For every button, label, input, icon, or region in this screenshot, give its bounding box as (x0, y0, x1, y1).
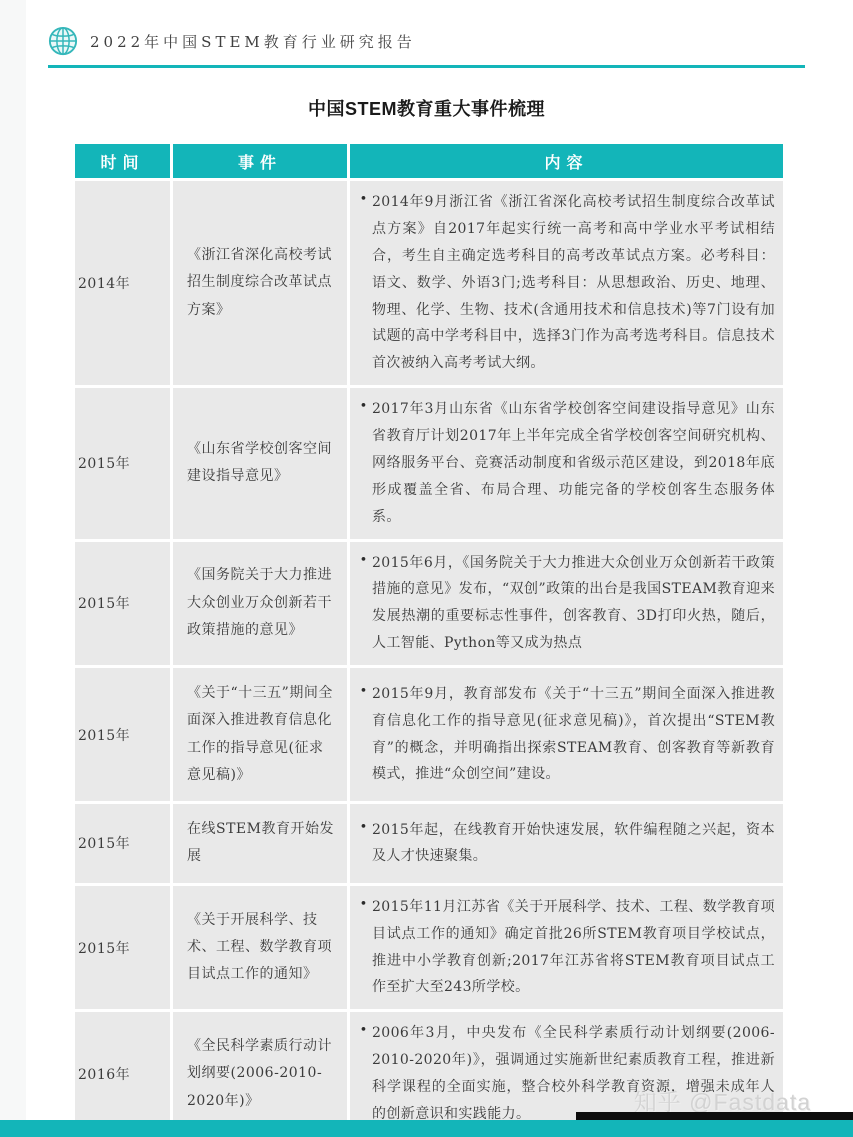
bullet-icon: • (355, 681, 372, 789)
year-cell: 2015年 (75, 542, 170, 666)
report-header: 2022年中国STEM教育行业研究报告 (48, 26, 805, 56)
column-header-time: 时间 (75, 144, 170, 178)
content-cell: • 2017年3月山东省《山东省学校创客空间建设指导意见》山东省教育厅计划201… (350, 388, 783, 538)
table-header-row: 时间 事件 内容 (75, 144, 783, 178)
table-row: 2015年 《关于开展科学、技术、工程、数学教育项目试点工作的通知》 • 201… (75, 886, 783, 1010)
year-cell: 2015年 (75, 886, 170, 1010)
column-header-content: 内容 (350, 144, 783, 178)
header-divider (48, 65, 805, 68)
bullet-icon: • (355, 189, 372, 377)
event-cell: 《关于开展科学、技术、工程、数学教育项目试点工作的通知》 (173, 886, 347, 1010)
table-row: 2015年 《山东省学校创客空间建设指导意见》 • 2017年3月山东省《山东省… (75, 388, 783, 538)
content-text: 2014年9月浙江省《浙江省深化高校考试招生制度综合改革试点方案》自2017年起… (372, 189, 775, 377)
event-cell: 在线STEM教育开始发展 (173, 804, 347, 883)
table-row: 2015年 在线STEM教育开始发展 • 2015年起，在线教育开始快速发展，软… (75, 804, 783, 883)
bullet-icon: • (355, 894, 372, 1002)
table-row: 2015年 《国务院关于大力推进大众创业万众创新若干政策措施的意见》 • 201… (75, 542, 783, 666)
content-cell: • 2014年9月浙江省《浙江省深化高校考试招生制度综合改革试点方案》自2017… (350, 181, 783, 385)
footer-teal-bar (0, 1120, 853, 1137)
content-cell: • 2015年11月江苏省《关于开展科学、技术、工程、数学教育项目试点工作的通知… (350, 886, 783, 1010)
globe-logo-icon (48, 26, 78, 56)
content-text: 2015年11月江苏省《关于开展科学、技术、工程、数学教育项目试点工作的通知》确… (372, 894, 775, 1002)
event-cell: 《浙江省深化高校考试招生制度综合改革试点方案》 (173, 181, 347, 385)
report-title: 2022年中国STEM教育行业研究报告 (90, 31, 416, 52)
year-cell: 2014年 (75, 181, 170, 385)
page-left-edge (0, 0, 26, 1137)
content-cell: • 2015年9月，教育部发布《关于“十三五”期间全面深入推进教育信息化工作的指… (350, 668, 783, 801)
content-text: 2015年6月，《国务院关于大力推进大众创业万众创新若干政策措施的意见》发布，“… (372, 550, 775, 658)
events-table: 时间 事件 内容 2014年 《浙江省深化高校考试招生制度综合改革试点方案》 •… (72, 141, 786, 1137)
event-cell: 《国务院关于大力推进大众创业万众创新若干政策措施的意见》 (173, 542, 347, 666)
content-text: 2015年起，在线教育开始快速发展，软件编程随之兴起，资本及人才快速聚集。 (372, 817, 775, 871)
table-row: 2015年 《关于“十三五”期间全面深入推进教育信息化工作的指导意见(征求意见稿… (75, 668, 783, 801)
content-text: 2015年9月，教育部发布《关于“十三五”期间全面深入推进教育信息化工作的指导意… (372, 681, 775, 789)
year-cell: 2015年 (75, 388, 170, 538)
bullet-icon: • (355, 817, 372, 871)
content-text: 2017年3月山东省《山东省学校创客空间建设指导意见》山东省教育厅计划2017年… (372, 396, 775, 530)
table-row: 2014年 《浙江省深化高校考试招生制度综合改革试点方案》 • 2014年9月浙… (75, 181, 783, 385)
event-cell: 《关于“十三五”期间全面深入推进教育信息化工作的指导意见(征求意见稿)》 (173, 668, 347, 801)
content-cell: • 2015年6月，《国务院关于大力推进大众创业万众创新若干政策措施的意见》发布… (350, 542, 783, 666)
bullet-icon: • (355, 396, 372, 530)
bullet-icon: • (355, 550, 372, 658)
event-cell: 《全民科学素质行动计划纲要(2006-2010-2020年)》 (173, 1012, 347, 1136)
year-cell: 2015年 (75, 668, 170, 801)
bullet-icon: • (355, 1020, 372, 1128)
event-cell: 《山东省学校创客空间建设指导意见》 (173, 388, 347, 538)
page-title: 中国STEM教育重大事件梳理 (0, 95, 853, 121)
content-cell: • 2015年起，在线教育开始快速发展，软件编程随之兴起，资本及人才快速聚集。 (350, 804, 783, 883)
column-header-event: 事件 (173, 144, 347, 178)
year-cell: 2016年 (75, 1012, 170, 1136)
year-cell: 2015年 (75, 804, 170, 883)
